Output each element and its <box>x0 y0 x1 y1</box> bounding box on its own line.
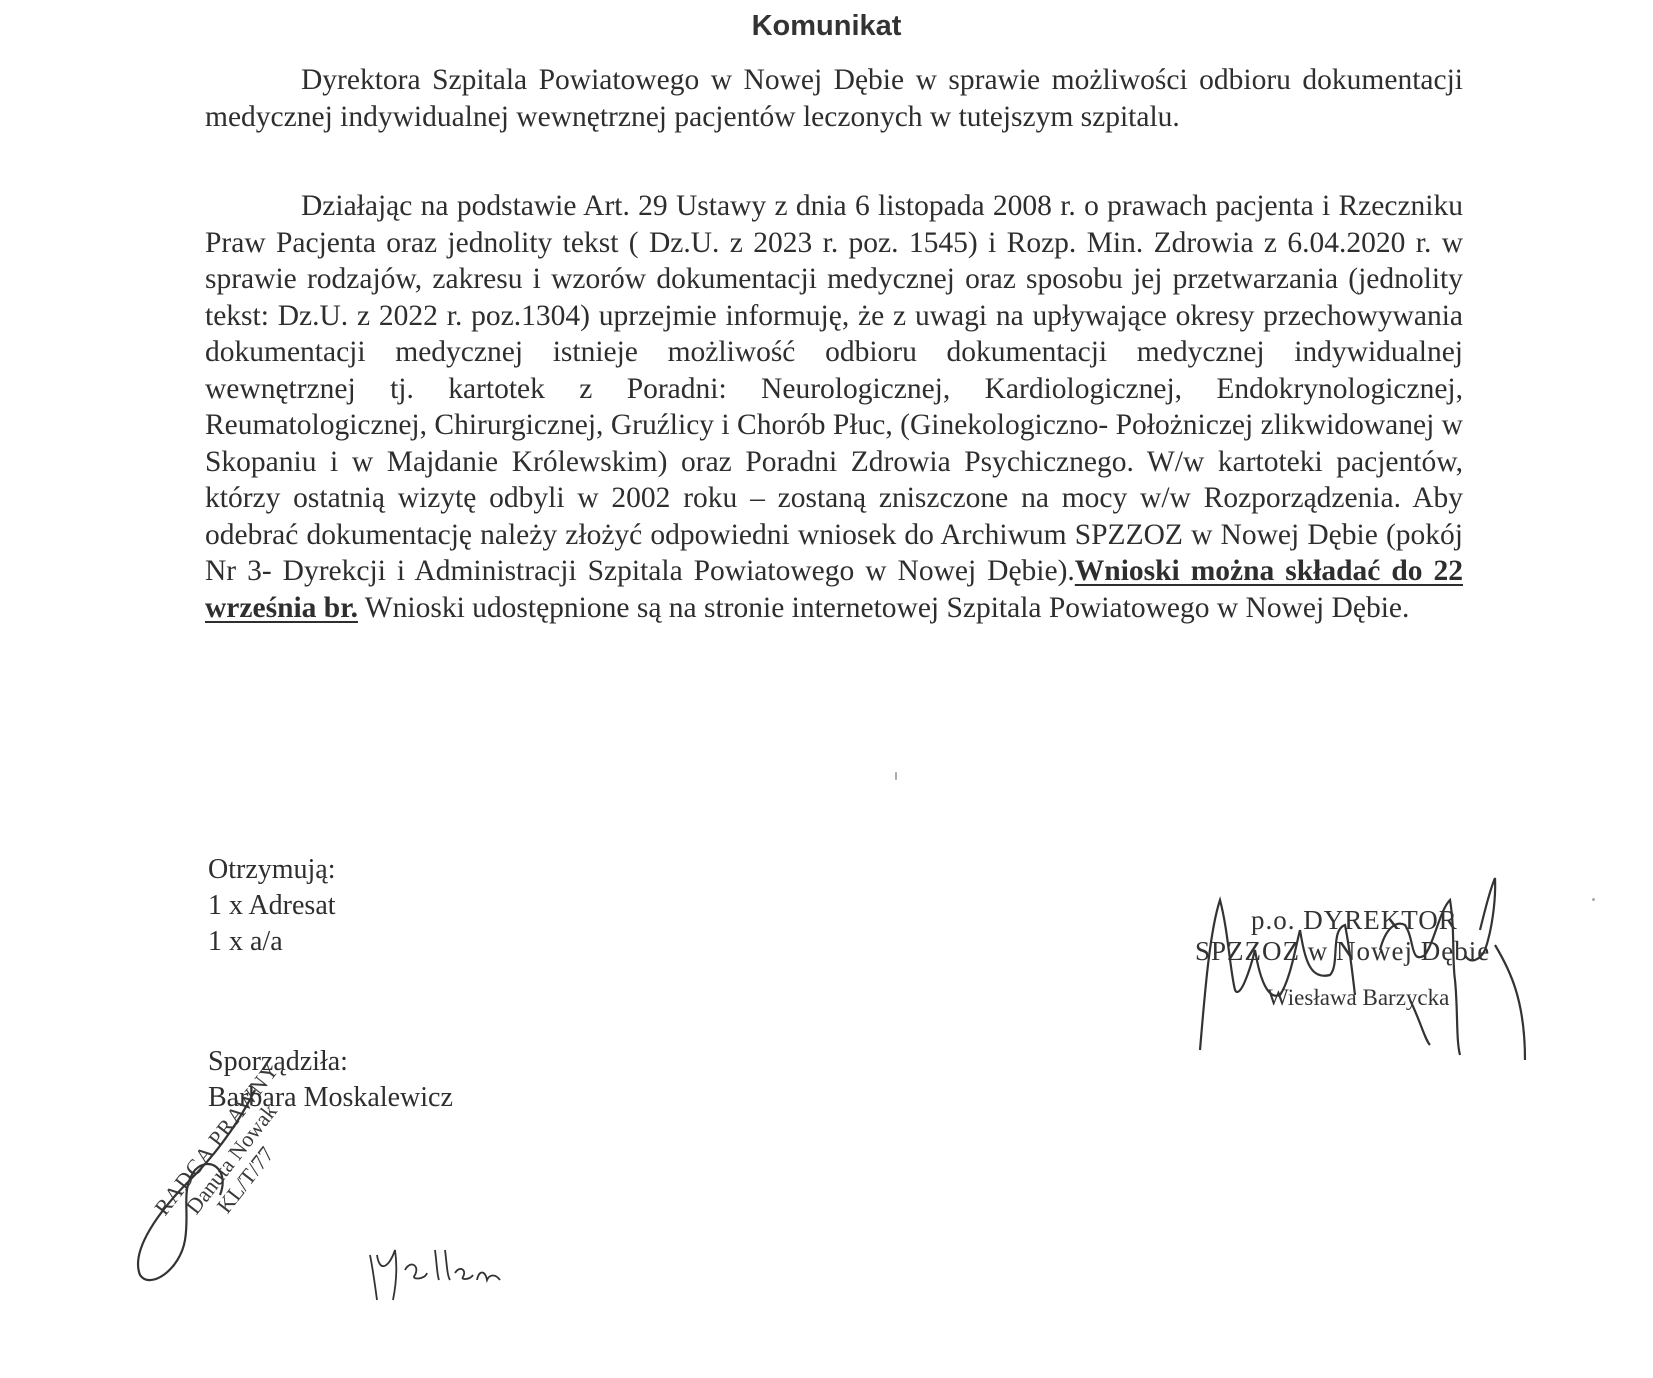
recipients-block: Otrzymują: 1 x Adresat 1 x a/a <box>208 852 336 960</box>
recipient-item: 1 x Adresat <box>208 888 336 924</box>
scan-speck <box>1592 898 1595 901</box>
initials-signature-icon <box>365 1235 505 1305</box>
main-paragraph: Działając na podstawie Art. 29 Ustawy z … <box>205 188 1463 626</box>
main-paragraph-text: Działając na podstawie Art. 29 Ustawy z … <box>205 188 1463 626</box>
prepared-by-heading: Sporządziła: <box>208 1044 453 1080</box>
director-signature-icon <box>1180 870 1540 1100</box>
scan-speck <box>895 772 897 780</box>
document-title: Komunikat <box>0 10 1653 43</box>
main-paragraph-closing: Wnioski udostępnione są na stronie inter… <box>358 592 1409 624</box>
recipient-item: 1 x a/a <box>208 924 336 960</box>
main-paragraph-body: Działając na podstawie Art. 29 Ustawy z … <box>205 190 1463 587</box>
intro-paragraph: Dyrektora Szpitala Powiatowego w Nowej D… <box>205 62 1463 135</box>
legal-signature-icon <box>120 1080 300 1300</box>
intro-paragraph-text: Dyrektora Szpitala Powiatowego w Nowej D… <box>205 62 1463 135</box>
recipients-heading: Otrzymują: <box>208 852 336 888</box>
